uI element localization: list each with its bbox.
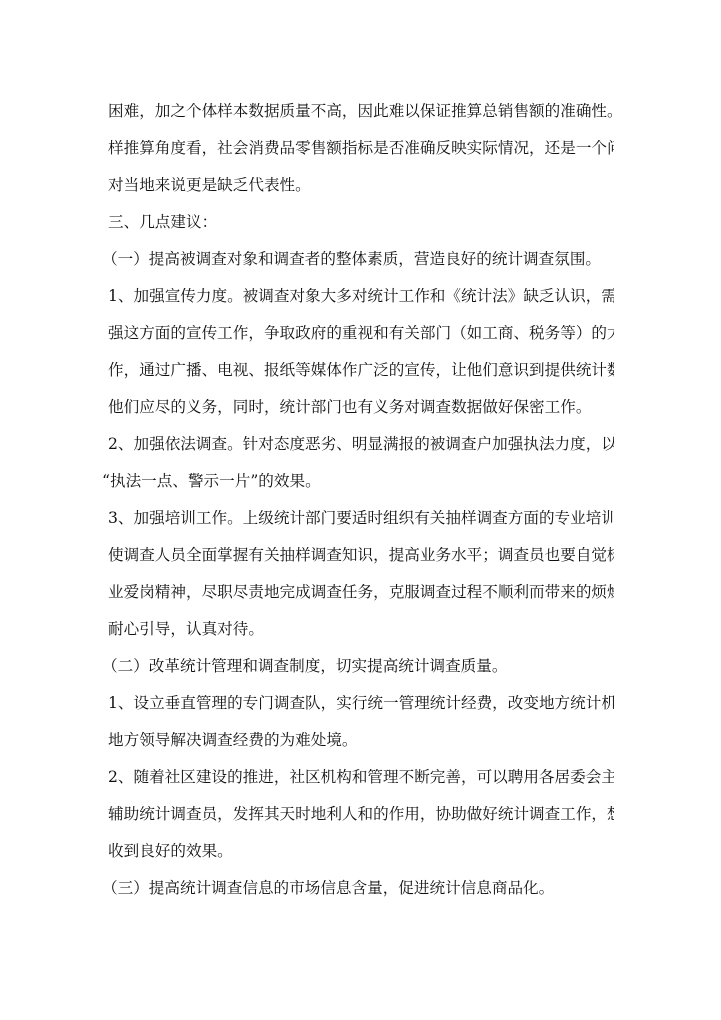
text-line: 辅助统计调查员，发挥其天时地利人和的作用，协助做好统计调查工作，想必会 <box>108 796 614 833</box>
text-line: 耐心引导，认真对待。 <box>108 611 614 648</box>
text-line: 对当地来说更是缺乏代表性。 <box>108 167 614 204</box>
text-line: 1、加强宣传力度。被调查对象大多对统计工作和《统计法》缺乏认识，需要加 <box>108 278 614 315</box>
subsection-heading: （二）改革统计管理和调查制度，切实提高统计调查质量。 <box>102 648 614 685</box>
text-line: 地方领导解决调查经费的为难处境。 <box>108 722 614 759</box>
subsection-heading: （一）提高被调查对象和调查者的整体素质，营造良好的统计调查氛围。 <box>102 241 614 278</box>
text-line: 2、加强依法调查。针对态度恶劣、明显满报的被调查户加强执法力度，以达到 <box>108 426 614 463</box>
text-line: “执法一点、警示一片”的效果。 <box>102 463 614 500</box>
text-line: 使调查人员全面掌握有关抽样调查知识，提高业务水平；调查员也要自觉树立敬 <box>108 537 614 574</box>
document-page: 困难，加之个体样本数据质量不高，因此难以保证推算总销售额的准确性。从抽 样推算角… <box>108 93 614 907</box>
text-line: 他们应尽的义务，同时，统计部门也有义务对调查数据做好保密工作。 <box>108 389 614 426</box>
text-line: 2、随着社区建设的推进，社区机构和管理不断完善，可以聘用各居委会主任为 <box>108 759 614 796</box>
section-heading: 三、几点建议： <box>108 204 614 241</box>
text-line: 收到良好的效果。 <box>108 833 614 870</box>
subsection-heading: （三）提高统计调查信息的市场信息含量，促进统计信息商品化。 <box>102 870 614 907</box>
text-line: 1、设立垂直管理的专门调查队，实行统一管理统计经费，改变地方统计机构找 <box>108 685 614 722</box>
text-line: 作，通过广播、电视、报纸等媒体作广泛的宣传，让他们意识到提供统计数据是 <box>108 352 614 389</box>
text-line: 3、加强培训工作。上级统计部门要适时组织有关抽样调查方面的专业培训工作， <box>108 500 614 537</box>
text-line: 困难，加之个体样本数据质量不高，因此难以保证推算总销售额的准确性。从抽 <box>108 93 614 130</box>
text-line: 样推算角度看，社会消费品零售额指标是否准确反映实际情况，还是一个问题， <box>108 130 614 167</box>
text-line: 业爱岗精神，尽职尽责地完成调查任务，克服调查过程不顺利而带来的烦燥情绪， <box>108 574 614 611</box>
text-line: 强这方面的宣传工作，争取政府的重视和有关部门（如工商、税务等）的大力协 <box>108 315 614 352</box>
